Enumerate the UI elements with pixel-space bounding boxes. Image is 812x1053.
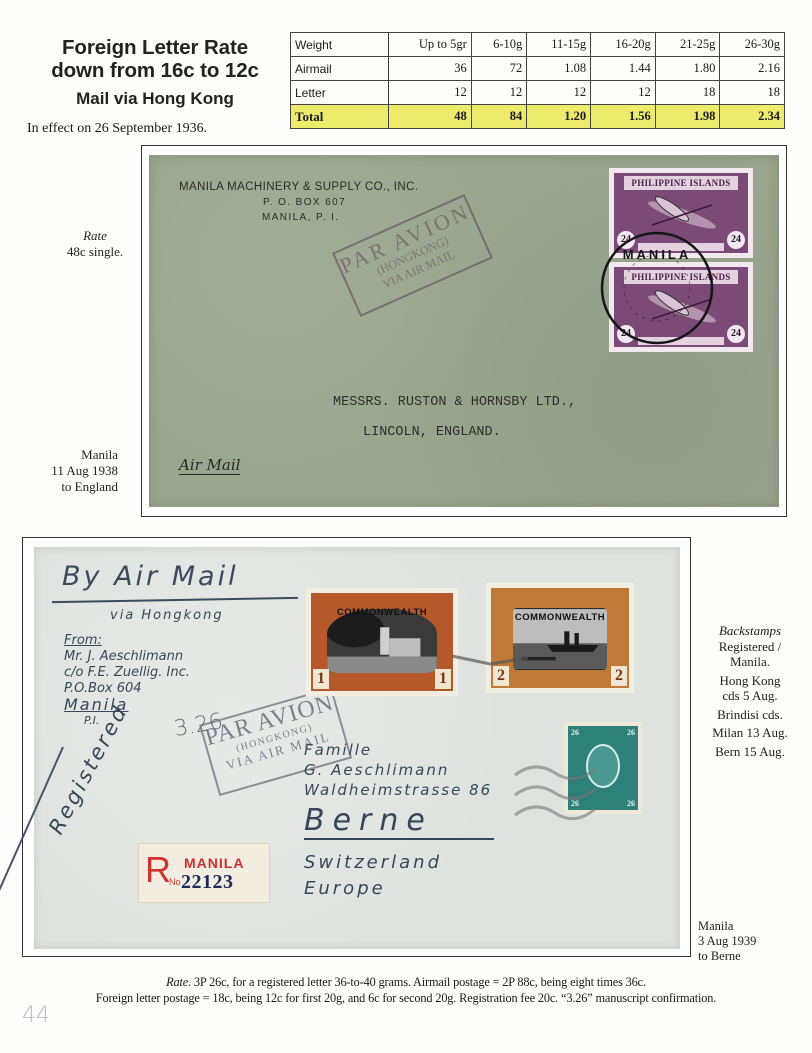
- page-subtitle: Mail via Hong Kong: [40, 89, 270, 109]
- table-cell: 1.98: [655, 105, 720, 129]
- postmark-cancel-icon: MANILA: [598, 229, 716, 347]
- addressee-continent: Europe: [304, 876, 494, 902]
- cover1-rate-caption: Rate 48c single.: [55, 228, 135, 260]
- backstamps-caption: Backstamps Registered / Manila. Hong Kon…: [700, 623, 800, 762]
- table-cell: 18: [655, 81, 720, 105]
- stamp-value: 24: [727, 325, 745, 343]
- registration-no-prefix: No: [169, 877, 181, 887]
- addressee-country: Switzerland: [304, 850, 494, 876]
- column-header: Weight: [291, 33, 389, 57]
- via-hongkong-handwriting: via Hongkong: [110, 608, 224, 623]
- backstamp-line: cds 5 Aug.: [722, 688, 777, 703]
- backstamp-line: Milan 13 Aug.: [700, 725, 800, 741]
- table-cell: 36: [389, 57, 472, 81]
- column-header: 11-15g: [527, 33, 591, 57]
- rate-label: Rate: [83, 228, 107, 243]
- addressee-name: MESSRS. RUSTON & HORNSBY LTD.,: [333, 388, 576, 418]
- table-cell: 12: [591, 81, 656, 105]
- table-cell: 12: [389, 81, 472, 105]
- backstamps-label: Backstamps: [719, 623, 781, 638]
- rate-explanation-line-1: . 3P 26c, for a registered letter 36-to-…: [188, 975, 646, 989]
- origin: Manila: [40, 447, 118, 463]
- backstamp-line: Hong Kong: [719, 673, 780, 688]
- stamp-overprint: COMMONWEALTH: [491, 612, 629, 623]
- row-label: Airmail: [291, 57, 389, 81]
- sender-company: MANILA MACHINERY & SUPPLY CO., INC.: [179, 181, 418, 193]
- table-cell: 2.34: [720, 105, 785, 129]
- table-row: Letter 12 12 12 12 18 18: [291, 81, 785, 105]
- table-cell: 1.80: [655, 57, 720, 81]
- stamp-value: 26: [627, 799, 635, 808]
- table-cell: 1.20: [527, 105, 591, 129]
- sender-imprint: MANILA MACHINERY & SUPPLY CO., INC. P. O…: [179, 181, 418, 193]
- addressee-line: Famille: [304, 740, 494, 760]
- addressee-street: Waldheimstrasse 86: [304, 780, 494, 800]
- by-air-mail-handwriting: By Air Mail: [62, 561, 239, 592]
- table-cell: 2.16: [720, 57, 785, 81]
- addressee-city: Berne: [304, 804, 494, 838]
- rate-label: Rate: [166, 975, 188, 989]
- addressee-name: G. Aeschlimann: [304, 760, 494, 780]
- date: 3 Aug 1939: [698, 934, 756, 949]
- destination: to Berne: [698, 949, 756, 964]
- stamp-banner: PHILIPPINE ISLANDS: [624, 176, 738, 190]
- table-cell: 84: [471, 105, 527, 129]
- table-header-row: Weight Up to 5gr 6-10g 11-15g 16-20g 21-…: [291, 33, 785, 57]
- page-title-line-1: Foreign Letter Rate: [40, 36, 270, 59]
- rate-explanation: Rate. 3P 26c, for a registered letter 36…: [0, 975, 812, 1006]
- page-title-line-2: down from 16c to 12c: [40, 59, 270, 82]
- row-label: Letter: [291, 81, 389, 105]
- commonwealth-stamp-2c: COMMONWEALTH 2 2: [486, 583, 634, 693]
- row-label: Total: [291, 105, 389, 129]
- cover1-date-caption: Manila 11 Aug 1938 to England: [40, 447, 118, 495]
- svg-text:MANILA: MANILA: [623, 247, 692, 262]
- table-cell: 1.44: [591, 57, 656, 81]
- column-header: Up to 5gr: [389, 33, 472, 57]
- column-header: 21-25g: [655, 33, 720, 57]
- stamp-value: 26: [571, 728, 579, 737]
- origin: Manila: [698, 919, 756, 934]
- church-icon: [327, 609, 437, 673]
- cover2-date-caption: Manila 3 Aug 1939 to Berne: [698, 919, 756, 964]
- backstamp-line: Registered /: [719, 639, 781, 654]
- page-title-block: Foreign Letter Rate down from 16c to 12c…: [40, 36, 270, 109]
- backstamp-line: Bern 15 Aug.: [700, 744, 800, 760]
- registration-number: 22123: [181, 871, 234, 894]
- sender-city: MANILA, P. I.: [262, 212, 339, 223]
- sender-name: Mr. J. Aeschlimann: [64, 649, 190, 665]
- table-cell: 1.08: [527, 57, 591, 81]
- stamp-value: 2: [611, 666, 627, 686]
- addressee-handwriting: Famille G. Aeschlimann Waldheimstrasse 8…: [304, 740, 494, 902]
- registration-office: MANILA: [184, 855, 244, 871]
- par-avion-cachet: PAR AVION (HONGKONG) VIA AIR MAIL: [332, 194, 493, 317]
- page-number: 44: [22, 1003, 50, 1028]
- effect-note: In effect on 26 September 1936.: [27, 121, 207, 137]
- rate-explanation-line-2: Foreign letter postage = 18c, being 12c …: [0, 991, 812, 1007]
- city-underline: [304, 838, 494, 840]
- addressee-city: LINCOLN, ENGLAND.: [333, 418, 576, 448]
- table-cell: 72: [471, 57, 527, 81]
- rate-table: Weight Up to 5gr 6-10g 11-15g 16-20g 21-…: [290, 32, 785, 129]
- table-cell: 1.56: [591, 105, 656, 129]
- stamp-value: 26: [627, 728, 635, 737]
- column-header: 26-30g: [720, 33, 785, 57]
- from-label: From:: [64, 633, 190, 649]
- cancel-streak-icon: [450, 650, 530, 670]
- registration-label: R MANILA No 22123: [138, 843, 270, 903]
- sender-co: c/o F.E. Zuellig. Inc.: [64, 665, 190, 681]
- table-cell: 18: [720, 81, 785, 105]
- column-header: 6-10g: [471, 33, 527, 57]
- wavy-cancel-icon: [510, 755, 600, 825]
- column-header: 16-20g: [591, 33, 656, 57]
- underline: [52, 597, 298, 603]
- stamp-value: 1: [313, 669, 329, 689]
- air-mail-label: Air Mail: [179, 457, 240, 475]
- table-row: Airmail 36 72 1.08 1.44 1.80 2.16: [291, 57, 785, 81]
- destination: to England: [40, 479, 118, 495]
- registration-letter: R: [145, 850, 171, 890]
- date: 11 Aug 1938: [40, 463, 118, 479]
- table-cell: 48: [389, 105, 472, 129]
- table-cell: 12: [527, 81, 591, 105]
- sender-pobox: P. O. BOX 607: [263, 197, 346, 208]
- backstamp-line: Brindisi cds.: [700, 707, 800, 723]
- stamp-overprint: COMMONWEALTH: [311, 607, 453, 618]
- rate-text: 48c single.: [55, 244, 135, 260]
- backstamp-line: Manila.: [730, 654, 770, 669]
- stamp-value: 24: [727, 231, 745, 249]
- commonwealth-stamp-1c: COMMONWEALTH 1 1: [306, 588, 458, 696]
- stamp-value: 1: [435, 669, 451, 689]
- table-cell: 12: [471, 81, 527, 105]
- addressee: MESSRS. RUSTON & HORNSBY LTD., LINCOLN, …: [333, 388, 576, 448]
- table-total-row: Total 48 84 1.20 1.56 1.98 2.34: [291, 105, 785, 129]
- church-vignette: [327, 609, 437, 673]
